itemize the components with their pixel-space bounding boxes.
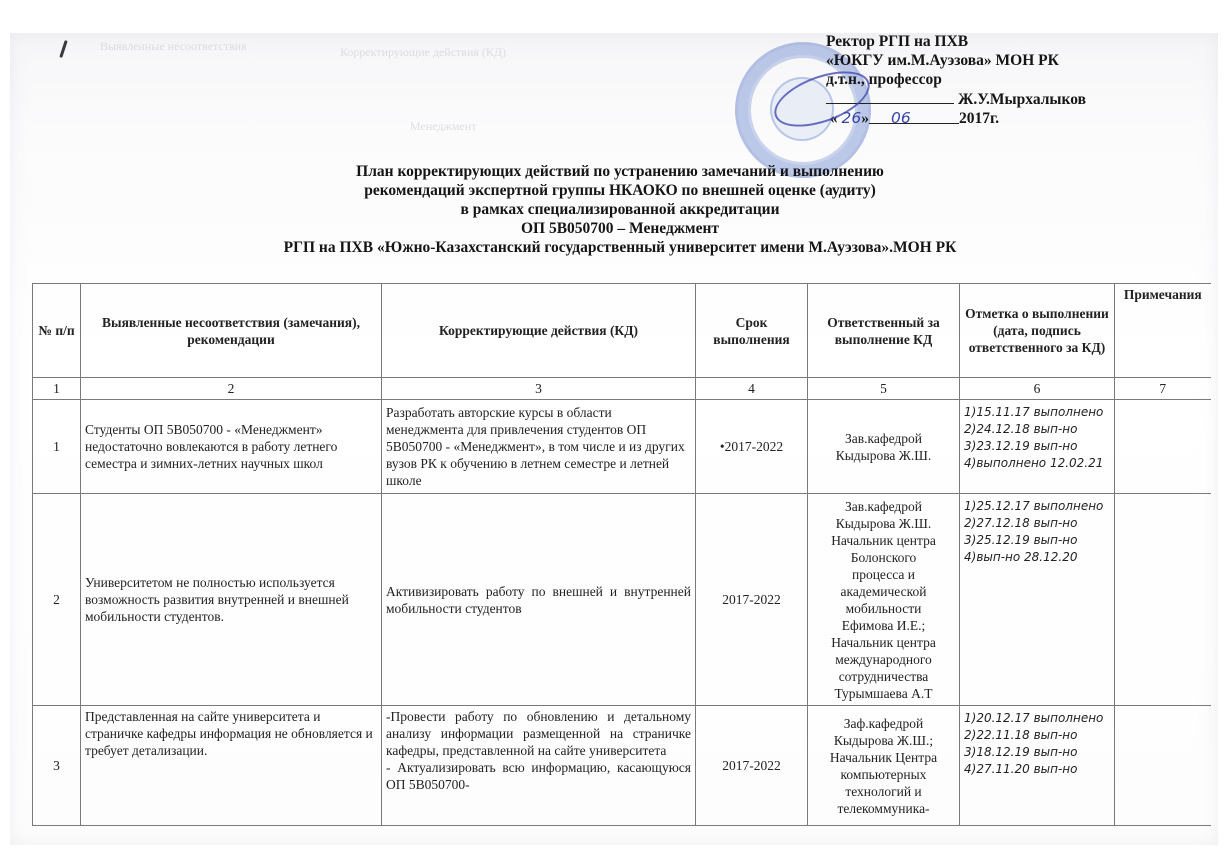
- row-responsible: Зав.кафедрой Кыдырова Ж.Ш. Начальник цен…: [808, 494, 960, 706]
- header-responsible: Ответственный за выполнение КД: [808, 284, 960, 378]
- row-issue: Университетом не полностью используется …: [81, 494, 382, 706]
- corrective-actions-table: № п/п Выявленные несоответствия (замечан…: [32, 283, 1211, 826]
- document-title: План корректирующих действий по устранен…: [230, 162, 1010, 257]
- column-number-row: 1 2 3 4 5 6 7: [33, 378, 1211, 400]
- handwritten-mark: 1)15.11.17 выполнено: [964, 404, 1110, 421]
- row-deadline: •2017-2022: [696, 400, 808, 494]
- bleed-through-text: Менеджмент: [410, 119, 476, 134]
- row-deadline: 2017-2022: [696, 706, 808, 826]
- row-completion-marks: 1)20.12.17 выполнено 2)22.11.18 вып-но 3…: [960, 706, 1115, 826]
- handwritten-mark: 4)выполнено 12.02.21: [964, 455, 1110, 472]
- handwritten-mark: 4)27.11.20 вып-но: [964, 761, 1110, 778]
- responsible-line: телекоммуника-: [812, 800, 955, 817]
- table-row: 1 Студенты ОП 5В050700 - «Менеджмент» не…: [33, 400, 1211, 494]
- title-line: План корректирующих действий по устранен…: [230, 162, 1010, 181]
- responsible-line: академической: [812, 583, 955, 600]
- approval-organization: «ЮКГУ им.М.Ауэзова» МОН РК: [826, 51, 1086, 70]
- row-notes: [1115, 400, 1211, 494]
- row-action: -Провести работу по обновлению и детальн…: [382, 706, 696, 826]
- responsible-line: Кыдырова Ж.Ш.;: [812, 732, 955, 749]
- responsible-line: компьютерных: [812, 766, 955, 783]
- row-completion-marks: 1)25.12.17 выполнено 2)27.12.18 вып-но 3…: [960, 494, 1115, 706]
- column-number: 5: [808, 378, 960, 400]
- header-actions: Корректирующие действия (КД): [382, 284, 696, 378]
- column-number: 2: [81, 378, 382, 400]
- column-number: 3: [382, 378, 696, 400]
- date-month-handwritten: 06: [891, 109, 911, 127]
- responsible-line: технологий и: [812, 783, 955, 800]
- approval-date: « 26»062017г.: [826, 109, 1086, 128]
- responsible-line: мобильности: [812, 600, 955, 617]
- handwritten-mark: 3)25.12.19 вып-но: [964, 532, 1110, 549]
- header-notes: Примечания: [1115, 284, 1211, 378]
- column-number: 7: [1115, 378, 1211, 400]
- responsible-line: Ефимова И.Е.;: [812, 617, 955, 634]
- row-completion-marks: 1)15.11.17 выполнено 2)24.12.18 вып-но 3…: [960, 400, 1115, 494]
- approval-position: Ректор РГП на ПХВ: [826, 32, 1086, 51]
- responsible-line: Зав.кафедрой: [812, 430, 955, 447]
- responsible-line: Начальник центра: [812, 634, 955, 651]
- responsible-line: Зав.кафедрой: [812, 498, 955, 515]
- handwritten-mark: 4)вып-но 28.12.20: [964, 549, 1110, 566]
- responsible-line: Турымшаева А.Т: [812, 685, 955, 702]
- action-line: -Провести работу по обновлению и детальн…: [386, 708, 691, 759]
- row-notes: [1115, 706, 1211, 826]
- row-deadline: 2017-2022: [696, 494, 808, 706]
- handwritten-mark: 3)23.12.19 вып-но: [964, 438, 1110, 455]
- title-organization: РГП на ПХВ «Южно-Казахстанский государст…: [230, 238, 1010, 257]
- table-row: 2 Университетом не полностью используетс…: [33, 494, 1211, 706]
- responsible-line: Кыдырова Ж.Ш.: [812, 447, 955, 464]
- row-responsible: Заф.кафедрой Кыдырова Ж.Ш.; Начальник Це…: [808, 706, 960, 826]
- row-action: Разработать авторские курсы в области ме…: [382, 400, 696, 494]
- responsible-line: международного: [812, 651, 955, 668]
- responsible-line: Болонского: [812, 549, 955, 566]
- handwritten-mark: 2)24.12.18 вып-но: [964, 421, 1110, 438]
- responsible-line: Начальник центра: [812, 532, 955, 549]
- column-number: 6: [960, 378, 1115, 400]
- header-completion-mark: Отметка о выполнении (дата, подпись отве…: [960, 284, 1115, 378]
- header-issues: Выявленные несоответствия (замечания), р…: [81, 284, 382, 378]
- approval-name: Ж.У.Мырхалыков: [958, 91, 1086, 108]
- row-action: Активизировать работу по внешней и внутр…: [382, 494, 696, 706]
- column-number: 4: [696, 378, 808, 400]
- date-year: 2017г.: [959, 110, 999, 127]
- row-responsible: Зав.кафедрой Кыдырова Ж.Ш.: [808, 400, 960, 494]
- table-header-row: № п/п Выявленные несоответствия (замечан…: [33, 284, 1211, 378]
- responsible-line: Заф.кафедрой: [812, 715, 955, 732]
- responsible-line: Кыдырова Ж.Ш.: [812, 515, 955, 532]
- title-line: рекомендаций экспертной группы НКАОКО по…: [230, 181, 1010, 200]
- row-issue: Студенты ОП 5В050700 - «Менеджмент» недо…: [81, 400, 382, 494]
- handwritten-mark: 1)20.12.17 выполнено: [964, 710, 1110, 727]
- action-line: - Актуализировать всю информацию, касающ…: [386, 759, 691, 793]
- handwritten-mark: 1)25.12.17 выполнено: [964, 498, 1110, 515]
- bleed-through-text: Выявленные несоответствия: [100, 39, 247, 54]
- column-number: 1: [33, 378, 81, 400]
- title-line: в рамках специализированной аккредитации: [230, 200, 1010, 219]
- row-issue: Представленная на сайте университета и с…: [81, 706, 382, 826]
- title-program: ОП 5В050700 – Менеджмент: [230, 219, 1010, 238]
- responsible-line: процесса и: [812, 566, 955, 583]
- date-underline: 06: [869, 109, 959, 124]
- responsible-line: сотрудничества: [812, 668, 955, 685]
- handwritten-mark: 2)27.12.18 вып-но: [964, 515, 1110, 532]
- handwritten-mark: 2)22.11.18 вып-но: [964, 727, 1110, 744]
- row-number: 2: [33, 494, 81, 706]
- header-number: № п/п: [33, 284, 81, 378]
- row-number: 3: [33, 706, 81, 826]
- date-quote-close: »: [861, 110, 869, 127]
- responsible-line: Начальник Центра: [812, 749, 955, 766]
- row-number: 1: [33, 400, 81, 494]
- row-notes: [1115, 494, 1211, 706]
- handwritten-mark: 3)18.12.19 вып-но: [964, 744, 1110, 761]
- table-row: 3 Представленная на сайте университета и…: [33, 706, 1211, 826]
- bleed-through-text: Корректирующие действия (КД): [340, 45, 506, 60]
- header-deadline: Срок выполнения: [696, 284, 808, 378]
